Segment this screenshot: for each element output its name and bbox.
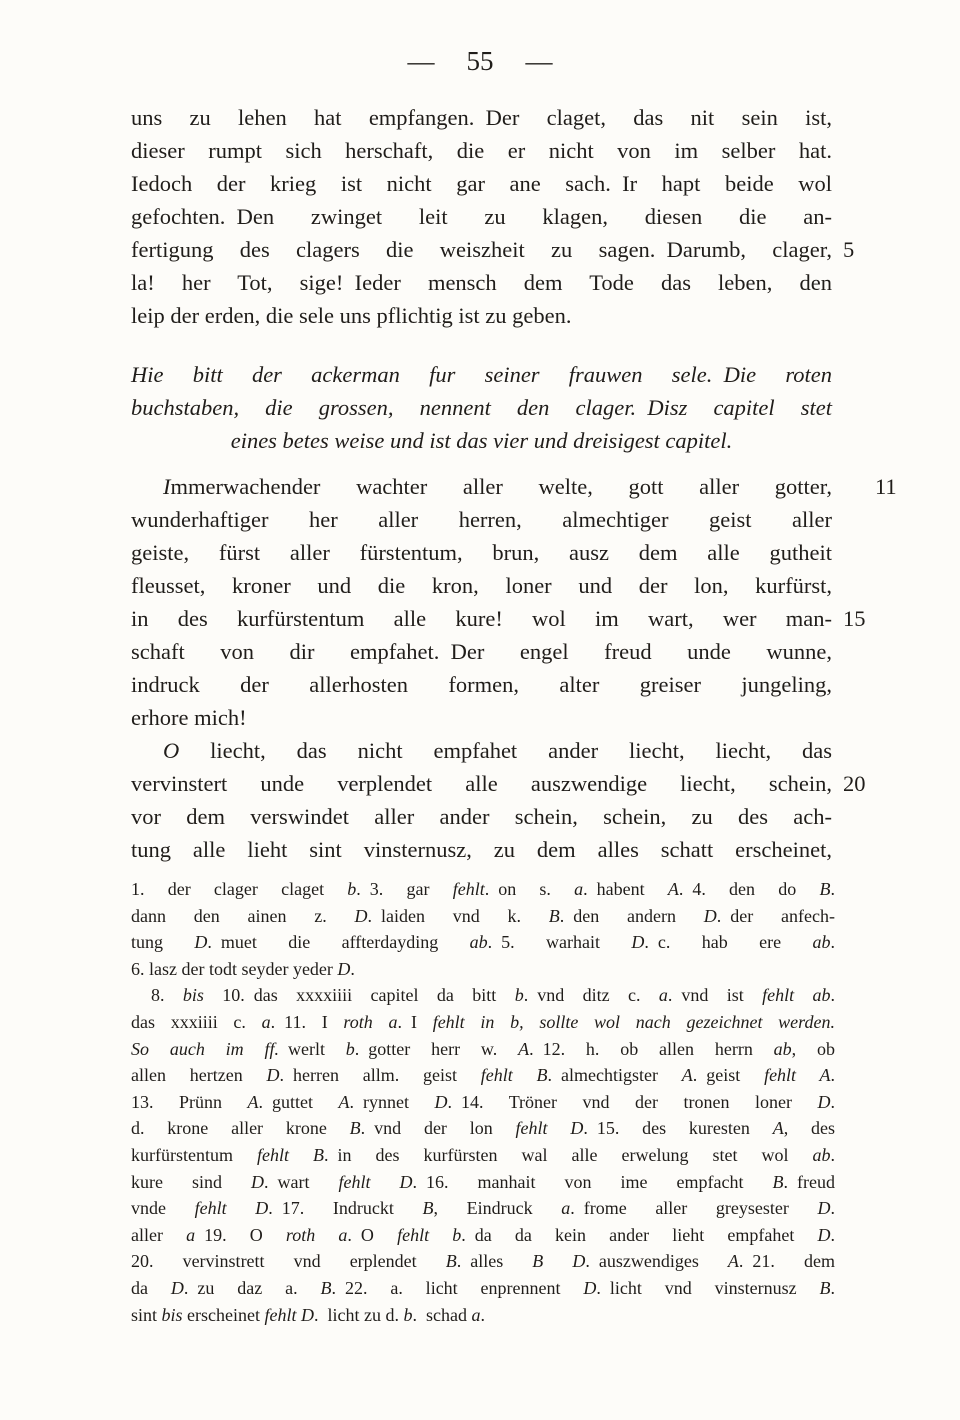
verse-line-number: 5 [843,233,854,266]
text-segment: 6. lasz der todt seyder yeder [131,959,337,979]
text-segment: aller [131,1225,186,1245]
text-segment: das xxxiiii c. [131,1012,262,1032]
text-segment: leip der erden, die sele uns pflichtig i… [131,303,572,328]
text-line: 20. vervinstrett vnd erplendet B. alles … [131,1248,835,1275]
text-segment [373,1012,389,1032]
scanned-book-page: — 55 — uns zu lehen hat empfangen. Der c… [0,0,960,1420]
text-segment: B D [532,1251,585,1271]
text-segment: . da da kein ander lieht empfahet [461,1225,817,1245]
main-text-column: uns zu lehen hat empfangen. Der claget, … [131,101,832,866]
text-segment: A [728,1251,739,1271]
text-segment: fehlt [397,1225,429,1245]
text-line: la! her Tot, sige! Ieder mensch dem Tode… [131,266,832,299]
text-segment: . rynnet [350,1092,435,1112]
text-segment: . [831,1145,836,1165]
light-invocation-paragraph: O liecht, das nicht empfahet ander liech… [131,734,832,866]
text-segment: . geist [693,1065,764,1085]
text-segment: . 5. warhait [488,932,632,952]
text-segment: D [251,1172,264,1192]
text-segment: So auch im ff. [131,1039,279,1059]
text-line: eines betes weise und ist das vier und d… [131,424,832,457]
text-segment: buchstaben, die grossen, nennent den cla… [131,395,832,420]
text-line: leip der erden, die sele uns pflichtig i… [131,299,832,332]
text-segment: fehlt D [516,1118,584,1138]
text-segment: . almechtigster [548,1065,682,1085]
text-segment: B [819,879,830,899]
text-line: kurfürstentum fehlt B. in des kurfürsten… [131,1142,835,1169]
text-segment: ab [470,932,488,952]
text-segment: in des kurfürstentum alle kure! wol im w… [131,606,832,631]
text-line: allen hertzen D. herren allm. geist fehl… [131,1062,835,1089]
text-segment: b [347,879,356,899]
text-segment: da [131,1278,171,1298]
text-segment: I [163,474,171,499]
text-segment: b [346,1039,355,1059]
text-line: indruck der allerhosten formen, alter gr… [131,668,832,701]
text-segment: fehlt D [195,1198,269,1218]
text-segment: allen hertzen [131,1065,267,1085]
text-segment: . [831,985,836,1005]
text-segment: , Eindruck [433,1198,561,1218]
text-segment: fehlt B [257,1145,324,1165]
apparatus-paragraph-1: 1. der clager claget b. 3. gar fehlt. on… [131,876,835,982]
text-segment: B [773,1172,784,1192]
text-segment: . [350,959,355,979]
text-segment: 19. O [195,1225,286,1245]
text-line: O liecht, das nicht empfahet ander liech… [131,734,832,767]
text-segment: . muet die affterdayding [207,932,469,952]
apparatus-footnotes: 1. der clager claget b. 3. gar fehlt. on… [131,876,835,1328]
text-segment: fehlt in b, sollte wol nach gezeichnet w… [433,1012,835,1032]
text-segment: . vnd der lon [361,1118,516,1138]
text-line: uns zu lehen hat empfangen. Der claget, … [131,101,832,134]
text-line: dann den ainen z. D. laiden vnd k. B. de… [131,903,835,930]
text-segment: bis [162,1305,183,1325]
text-segment: . habent [583,879,668,899]
text-segment: B [446,1251,457,1271]
text-segment: D [171,1278,184,1298]
text-segment: . der anfech- [717,906,835,926]
text-segment: d. krone aller krone [131,1118,350,1138]
text-segment: ab [813,932,831,952]
text-segment: A [339,1092,350,1112]
text-segment: . [831,1065,836,1085]
text-segment: 10. das xxxxiiii capitel da bitt [204,985,515,1005]
text-segment: ab [774,1039,792,1059]
text-segment: D [435,1092,448,1112]
text-segment: fehlt ab [762,985,830,1005]
text-line: das xxxiiii c. a. 11. I roth a. I fehlt … [131,1009,835,1036]
text-segment: . in des kurfürsten wal alle erwelung st… [324,1145,813,1165]
text-segment: vervinstert unde verplendet alle auszwen… [131,771,832,796]
text-segment: B [320,1278,331,1298]
text-segment: . 3. gar [356,879,452,899]
text-segment: bis [183,985,204,1005]
text-line: schaft von dir empfahet. Der engel freud… [131,635,832,668]
text-segment: . c. hab ere [644,932,812,952]
text-line: erhore mich! [131,701,832,734]
continuation-paragraph: uns zu lehen hat empfangen. Der claget, … [131,101,832,332]
text-segment: B [549,906,560,926]
text-segment: gefochten. Den zwinget leit zu klagen, d… [131,204,832,229]
text-segment: , ob [792,1039,835,1059]
text-segment: . [830,879,835,899]
page-number: 55 [467,46,494,77]
text-segment: . laiden vnd k. [368,906,549,926]
text-segment: fehlt A [764,1065,830,1085]
text-segment: . 17. Indruckt [268,1198,422,1218]
text-segment: . I [397,1012,432,1032]
header-dash-right: — [526,46,553,77]
text-segment: A [682,1065,693,1085]
text-segment: B [350,1118,361,1138]
text-segment: fehlt [453,879,485,899]
text-segment: wunderhaftiger her aller herren, almecht… [131,507,832,532]
text-segment: la! her Tot, sige! Ieder mensch dem Tode… [131,270,832,295]
text-segment: a [574,879,583,899]
text-segment: b [452,1225,461,1245]
text-segment: B [422,1198,433,1218]
text-segment: geiste, fürst aller fürstentum, brun, au… [131,540,832,565]
text-segment: dann den ainen z. [131,906,355,926]
text-segment: fehlt D [265,1305,315,1325]
text-segment: dieser rumpt sich herschaft, die er nich… [131,138,832,163]
text-segment: 1. der clager claget [131,879,347,899]
text-segment: indruck der allerhosten formen, alter gr… [131,672,832,697]
text-segment: D [194,932,207,952]
text-segment: 13. Prünn [131,1092,248,1112]
text-line: vervinstert unde verplendet alle auszwen… [131,767,832,800]
text-segment: roth [286,1225,315,1245]
text-segment: D [631,932,644,952]
header-dash-left: — [408,46,435,77]
text-segment: . licht vnd vinsternusz [596,1278,819,1298]
text-segment: D [818,1092,831,1112]
text-segment: . [480,1305,485,1325]
text-segment: . guttet [259,1092,339,1112]
text-line: kure sind D. wart fehlt D. 16. manhait v… [131,1169,835,1196]
text-segment: sint [131,1305,162,1325]
text-segment: vnde [131,1198,195,1218]
text-segment: . wart [264,1172,339,1192]
text-segment: . [831,1198,836,1218]
text-line: geiste, fürst aller fürstentum, brun, au… [131,536,832,569]
text-segment: A [773,1118,784,1138]
text-segment: . 16. manhait von ime empfacht [413,1172,773,1192]
verse-line-number: 11 [843,470,897,503]
text-segment: . gotter herr w. [355,1039,518,1059]
text-segment: O [163,738,179,763]
text-segment: Hie bitt der ackerman fur seiner frauwen… [131,362,832,387]
text-segment: tung alle lieht sint vinsternusz, zu dem… [131,837,832,862]
text-segment: uns zu lehen hat empfangen. Der claget, … [131,105,832,130]
text-line: sint bis erscheinet fehlt D. licht zu d.… [131,1302,835,1329]
text-segment: 8. [151,985,183,1005]
text-line: fleusset, kroner und die kron, loner und… [131,569,832,602]
text-segment: . 4. den do [679,879,820,899]
text-segment: a [262,1012,271,1032]
text-segment: D [583,1278,596,1298]
text-line: vnde fehlt D. 17. Indruckt B, Eindruck a… [131,1195,835,1222]
text-segment: . vnd ist [668,985,762,1005]
text-segment: A [518,1039,529,1059]
text-segment: . 12. h. ob allen herrn [529,1039,774,1059]
text-segment: . zu daz a. [184,1278,321,1298]
text-line: 8. bis 10. das xxxxiiii capitel da bitt … [131,982,835,1009]
text-segment: A [248,1092,259,1112]
text-segment: D [355,906,368,926]
text-segment: roth [343,1012,372,1032]
text-segment: erhore mich! [131,705,247,730]
text-line: buchstaben, die grossen, nennent den cla… [131,391,832,424]
text-segment: kurfürstentum [131,1145,257,1165]
text-segment: fehlt D [339,1172,413,1192]
text-segment: schaft von dir empfahet. Der engel freud… [131,639,832,664]
text-segment: A [668,879,679,899]
text-line: d. krone aller krone B. vnd der lon fehl… [131,1115,835,1142]
chapter-rubric: Hie bitt der ackerman fur seiner frauwen… [131,358,832,457]
text-segment: . [831,1225,836,1245]
text-segment: . schad [412,1305,471,1325]
text-segment: D [818,1198,831,1218]
text-segment: fehlt B [481,1065,548,1085]
text-segment: . vnd ditz c. [524,985,659,1005]
text-line: in des kurfürstentum alle kure! wol im w… [131,602,832,635]
text-segment: tung [131,932,194,952]
text-segment: a [561,1198,570,1218]
text-segment: . [831,1092,836,1112]
text-segment [315,1225,338,1245]
text-line: Hie bitt der ackerman fur seiner frauwen… [131,358,832,391]
text-segment: , des [784,1118,835,1138]
text-segment: . 14. Tröner vnd der tronen loner [448,1092,818,1112]
text-segment: B [819,1278,830,1298]
text-segment: werlt [279,1039,346,1059]
text-line: So auch im ff. werlt b. gotter herr w. A… [131,1036,835,1063]
text-segment: . frome aller greysester [570,1198,817,1218]
text-segment: . [830,1278,835,1298]
chapter-34-opening-paragraph: Immerwachender wachter aller welte, gott… [131,470,832,734]
text-segment: fleusset, kroner und die kron, loner und… [131,573,832,598]
text-segment: . freud [784,1172,835,1192]
text-segment: eines betes weise und ist das vier und d… [231,428,733,453]
text-segment: . herren allm. geist [280,1065,481,1085]
text-segment: . [831,932,836,952]
text-segment: vor dem verswindet aller ander schein, s… [131,804,832,829]
text-line: tung alle lieht sint vinsternusz, zu dem… [131,833,832,866]
text-segment: . 22. a. licht enprennent [331,1278,583,1298]
text-segment: D [704,906,717,926]
text-segment: kure sind [131,1172,251,1192]
apparatus-paragraph-2: 8. bis 10. das xxxxiiii capitel da bitt … [131,982,835,1328]
page-header: — 55 — [0,46,960,77]
text-line: da D. zu daz a. B. 22. a. licht enprenne… [131,1275,835,1302]
text-segment: . O [347,1225,397,1245]
text-segment: D [267,1065,280,1085]
text-segment: D [818,1225,831,1245]
text-segment: . licht zu d. [314,1305,403,1325]
text-segment: Iedoch der krieg ist nicht gar ane sach.… [131,171,832,196]
text-line: 13. Prünn A. guttet A. rynnet D. 14. Trö… [131,1089,835,1116]
text-line: vor dem verswindet aller ander schein, s… [131,800,832,833]
text-segment: a [659,985,668,1005]
text-line: Immerwachender wachter aller welte, gott… [131,470,832,503]
text-segment: . alles [457,1251,533,1271]
text-segment: fertigung des clagers die weiszheit zu s… [131,237,832,262]
text-line: 1. der clager claget b. 3. gar fehlt. on… [131,876,835,903]
text-line: 6. lasz der todt seyder yeder D. [131,956,835,983]
text-line: dieser rumpt sich herschaft, die er nich… [131,134,832,167]
text-segment: D [337,959,350,979]
text-line: Iedoch der krieg ist nicht gar ane sach.… [131,167,832,200]
text-segment: 20. vervinstrett vnd erplendet [131,1251,446,1271]
text-segment: . 21. dem [739,1251,835,1271]
verse-line-number: 15 [843,602,866,635]
text-segment: b [515,985,524,1005]
text-line: gefochten. Den zwinget leit zu klagen, d… [131,200,832,233]
text-line: fertigung des clagers die weiszheit zu s… [131,233,832,266]
text-segment: liecht, das nicht empfahet ander liecht,… [179,738,832,763]
text-line: aller a 19. O roth a. O fehlt b. da da k… [131,1222,835,1249]
text-segment: . 15. des kuresten [583,1118,772,1138]
text-line: wunderhaftiger her aller herren, almecht… [131,503,832,536]
text-segment: ab [813,1145,831,1165]
text-segment: a [186,1225,195,1245]
text-segment: . auszwendiges [585,1251,728,1271]
text-segment [429,1225,452,1245]
text-segment: . 11. I [271,1012,344,1032]
verse-line-number: 20 [843,767,866,800]
text-line: tung D. muet die affterdayding ab. 5. wa… [131,929,835,956]
text-segment: . on s. [485,879,574,899]
text-segment: mmerwachender wachter aller welte, gott … [171,474,833,499]
text-segment: . den andern [560,906,704,926]
text-segment: erscheinet [183,1305,265,1325]
